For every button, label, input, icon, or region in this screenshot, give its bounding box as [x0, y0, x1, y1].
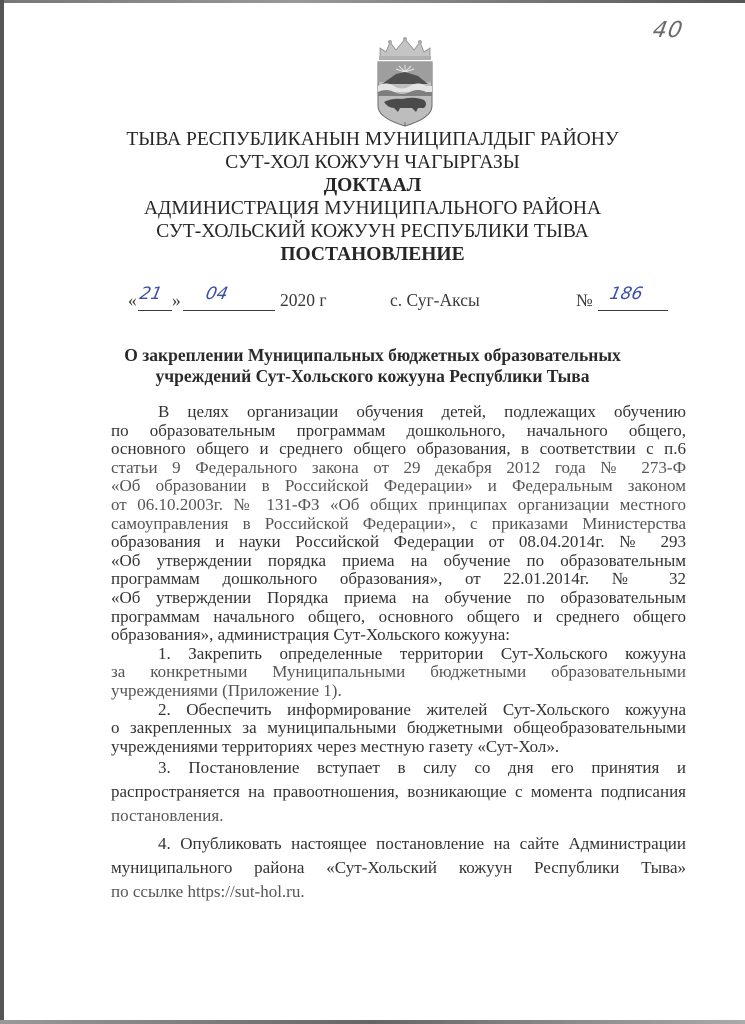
date-open-quote: «: [128, 290, 137, 311]
body-line: по образовательным программам дошкольног…: [111, 422, 686, 441]
scan-edge-bottom: [0, 1020, 745, 1024]
scan-edge-top: [0, 0, 745, 3]
item-3-line: постановления.: [111, 804, 686, 828]
header-russian-admin: АДМИНИСТРАЦИЯ МУНИЦИПАЛЬНОГО РАЙОНА: [0, 197, 745, 220]
title-line-1: О закреплении Муниципальных бюджетных об…: [0, 345, 745, 366]
document-body: В целях организации обучения детей, подл…: [111, 403, 686, 904]
body-line: «Об утверждении Порядка приема на обучен…: [111, 589, 686, 608]
body-line: основного общего и среднего общего образ…: [111, 440, 686, 459]
item-1-line: за конкретными Муниципальными бюджетными…: [111, 663, 686, 682]
body-line: самоуправления в Российской Федерации», …: [111, 515, 686, 534]
item-4-line: 4. Опубликовать настоящее постановление …: [111, 832, 686, 856]
header-tuvan-doc-type: ДОКТААЛ: [0, 174, 745, 197]
handwritten-page-number: 40: [651, 18, 685, 43]
handwritten-day: 21: [138, 284, 164, 304]
item-4-line: по ссылке https://sut-hol.ru.: [111, 880, 686, 904]
date-year: 2020 г: [280, 290, 327, 311]
place-name: с. Суг-Аксы: [390, 290, 480, 311]
body-line: образования и науки Российской Федерации…: [111, 533, 686, 552]
item-3-line: распространяется на правоотношения, возн…: [111, 780, 686, 804]
document-title: О закреплении Муниципальных бюджетных об…: [0, 345, 745, 387]
item-1-line: 1. Закрепить определенные территории Сут…: [111, 645, 686, 664]
handwritten-number: 186: [608, 284, 645, 304]
handwritten-month: 04: [204, 284, 230, 304]
body-line: В целях организации обучения детей, подл…: [111, 403, 686, 422]
month-blank: [183, 290, 275, 311]
date-place-number-line: « 21 » 04 2020 г с. Суг-Аксы № 186: [128, 286, 668, 316]
header-tuvan-admin: СУТ-ХОЛ КОЖУУН ЧАГЫРГАЗЫ: [0, 151, 745, 174]
body-line: «Об утверждении порядка приема на обучен…: [111, 552, 686, 571]
body-line: образования», администрация Сут-Хольског…: [111, 626, 686, 645]
header-russian-doc-type: ПОСТАНОВЛЕНИЕ: [0, 243, 745, 266]
item-3-line: 3. Постановление вступает в силу со дня …: [111, 756, 686, 780]
body-line: программам дошкольного образования», от …: [111, 570, 686, 589]
body-line: «Об образовании в Российской Федерации» …: [111, 477, 686, 496]
item-2-line: о закрепленных за муниципальными бюджетн…: [111, 719, 686, 738]
body-line: статьи 9 Федерального закона от 29 декаб…: [111, 459, 686, 478]
item-2-line: учреждениями территориях через местную г…: [111, 738, 686, 757]
body-line: от 06.10.2003г. № 131-ФЗ «Об общих принц…: [111, 496, 686, 515]
header-russian-district: СУТ-ХОЛЬСКИЙ КОЖУУН РЕСПУБЛИКИ ТЫВА: [0, 220, 745, 243]
header-tuvan-district: ТЫВА РЕСПУБЛИКАНЫН МУНИЦИПАЛДЫГ РАЙОНУ: [0, 128, 745, 151]
item-2-line: 2. Обеспечить информирование жителей Сут…: [111, 701, 686, 720]
title-line-2: учреждений Сут-Хольского кожууна Республ…: [0, 366, 745, 387]
date-close-quote: »: [172, 290, 181, 311]
document-header: ТЫВА РЕСПУБЛИКАНЫН МУНИЦИПАЛДЫГ РАЙОНУ С…: [0, 128, 745, 266]
item-4-line: муниципального района «Сут-Хольский кожу…: [111, 856, 686, 880]
body-line: программам начального общего, основного …: [111, 608, 686, 627]
coat-of-arms-icon: [374, 36, 436, 128]
item-1-line: учреждениями (Приложение 1).: [111, 682, 686, 701]
number-label: №: [576, 290, 593, 311]
